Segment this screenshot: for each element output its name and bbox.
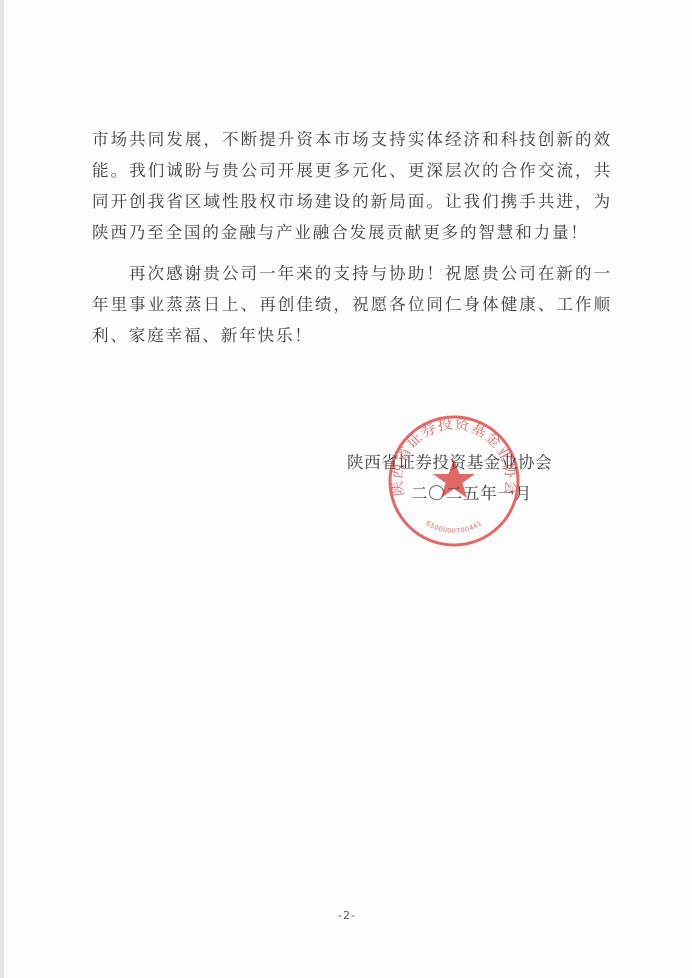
paragraph-1: 市场共同发展，不断提升资本市场支持实体经济和科技创新的效能。我们诚盼与贵公司开展… [92,124,612,248]
signature-organization: 陕西省证券投资基金业协会 [347,453,552,473]
text-line: 年里事业蒸蒸日上、再创佳绩，祝愿各位同仁身体健康、工作顺 [92,295,612,314]
svg-text:6100000700441: 6100000700441 [424,519,483,535]
paragraph-2: 再次感谢贵公司一年来的支持与协助！祝愿贵公司在新的一年里事业蒸蒸日上、再创佳绩，… [92,258,612,351]
signature-date: 二〇二五年一月 [411,484,532,504]
letter-body: 市场共同发展，不断提升资本市场支持实体经济和科技创新的效能。我们诚盼与贵公司开展… [92,124,612,351]
seal-code: 6100000700441 [424,519,483,535]
page-number: -2- [338,909,356,922]
official-seal-icon: 陕西省证券投资基金业协会 6100000700441 [386,413,522,549]
document-page: 市场共同发展，不断提升资本市场支持实体经济和科技创新的效能。我们诚盼与贵公司开展… [4,0,692,978]
text-line: 利、家庭幸福、新年快乐！ [92,326,313,345]
text-line: 再次感谢贵公司一年来的支持与协助！祝愿贵公司在新的一 [129,264,612,283]
text-line: 陕西乃至全国的金融与产业融合发展贡献更多的智慧和力量！ [92,223,589,242]
text-line: 市场共同发展，不断提升资本市场支持实体经济和科技创新的效 [92,130,612,149]
text-line: 同开创我省区域性股权市场建设的新局面。让我们携手共进，为 [92,192,612,211]
text-line: 能。我们诚盼与贵公司开展更多元化、更深层次的合作交流，共 [92,161,612,180]
